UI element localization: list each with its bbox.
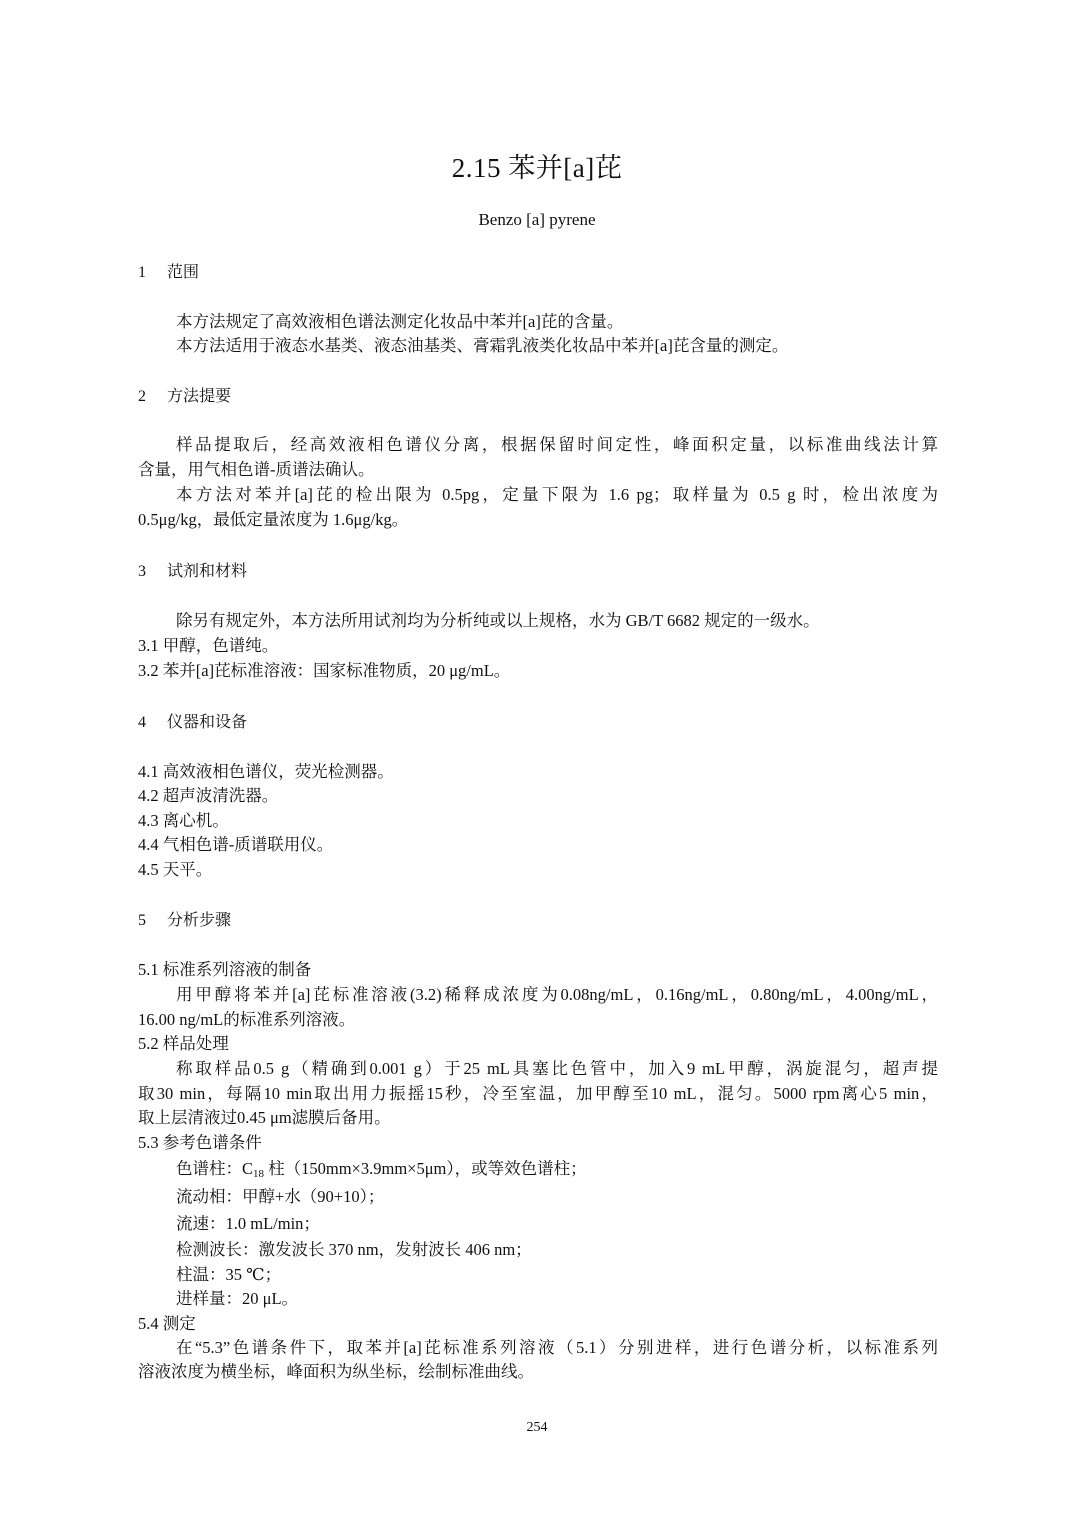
subsection-title: 5.4 测定 bbox=[138, 1313, 938, 1335]
list-item: 4.5 天平。 bbox=[138, 859, 938, 881]
subsection-title: 5.2 样品处理 bbox=[138, 1033, 938, 1055]
list-item: 4.2 超声波清洗器。 bbox=[138, 785, 938, 807]
subsection-title: 5.1 标准系列溶液的制备 bbox=[138, 959, 938, 981]
section-number: 1 bbox=[138, 262, 167, 284]
page-title: 2.15 苯并[a]芘 bbox=[0, 146, 1074, 185]
section-title: 方法提要 bbox=[167, 386, 231, 405]
section-heading-1: 1范围 bbox=[138, 261, 938, 284]
paragraph: 取上层清液过0.45 μm滤膜后备用。 bbox=[138, 1107, 938, 1129]
list-item: 3.2 苯并[a]芘标准溶液：国家标准物质，20 μg/mL。 bbox=[138, 660, 938, 682]
document-page: 2.15 苯并[a]芘 Benzo [a] pyrene 1范围 本方法规定了高… bbox=[0, 0, 1074, 1520]
section-title: 分析步骤 bbox=[167, 910, 231, 929]
section-heading-2: 2方法提要 bbox=[138, 385, 938, 408]
page-number: 254 bbox=[0, 1420, 1074, 1436]
condition-wavelength: 检测波长：激发波长 370 nm，发射波长 406 nm； bbox=[176, 1239, 976, 1261]
section-heading-3: 3试剂和材料 bbox=[138, 560, 938, 583]
subsection-title: 5.3 参考色谱条件 bbox=[138, 1132, 938, 1154]
section-heading-5: 5分析步骤 bbox=[138, 909, 938, 932]
paragraph: 用甲醇将苯并[a]芘标准溶液(3.2)稀释成浓度为0.08ng/mL，0.16n… bbox=[176, 984, 938, 1006]
condition-injection: 进样量：20 μL。 bbox=[176, 1288, 976, 1310]
paragraph: 0.5μg/kg，最低定量浓度为 1.6μg/kg。 bbox=[138, 509, 938, 531]
paragraph: 取30 min，每隔10 min取出用力振摇15秒，冷至室温，加甲醇至10 mL… bbox=[138, 1083, 938, 1105]
section-title: 范围 bbox=[167, 262, 199, 281]
section-number: 4 bbox=[138, 712, 167, 734]
condition-flow-rate: 流速：1.0 mL/min； bbox=[176, 1213, 976, 1235]
paragraph: 除另有规定外，本方法所用试剂均为分析纯或以上规格，水为 GB/T 6682 规定… bbox=[176, 610, 976, 632]
list-item: 4.3 离心机。 bbox=[138, 810, 938, 832]
page-subtitle: Benzo [a] pyrene bbox=[0, 210, 1074, 230]
section-heading-4: 4仪器和设备 bbox=[138, 711, 938, 734]
section-number: 3 bbox=[138, 561, 167, 583]
section-number: 5 bbox=[138, 910, 167, 932]
condition-text: 柱（150mm×3.9mm×5μm），或等效色谱柱； bbox=[264, 1159, 587, 1178]
paragraph: 本方法规定了高效液相色谱法测定化妆品中苯并[a]芘的含量。 bbox=[176, 311, 976, 333]
paragraph: 称取样品0.5 g（精确到0.001 g）于25 mL具塞比色管中，加入9 mL… bbox=[176, 1058, 938, 1080]
paragraph: 16.00 ng/mL的标准系列溶液。 bbox=[138, 1009, 938, 1031]
section-number: 2 bbox=[138, 386, 167, 408]
section-title: 仪器和设备 bbox=[167, 712, 247, 731]
condition-column: 色谱柱：C18 柱（150mm×3.9mm×5μm），或等效色谱柱； bbox=[176, 1158, 976, 1185]
section-title: 试剂和材料 bbox=[167, 561, 247, 580]
paragraph: 本方法适用于液态水基类、液态油基类、膏霜乳液类化妆品中苯并[a]芘含量的测定。 bbox=[176, 335, 976, 357]
paragraph: 溶液浓度为横坐标，峰面积为纵坐标，绘制标准曲线。 bbox=[138, 1361, 938, 1383]
condition-mobile-phase: 流动相：甲醇+水（90+10）； bbox=[176, 1186, 976, 1208]
condition-temperature: 柱温：35 ℃； bbox=[176, 1264, 976, 1286]
list-item: 3.1 甲醇，色谱纯。 bbox=[138, 635, 938, 657]
condition-text: 色谱柱：C bbox=[176, 1159, 253, 1178]
paragraph: 本方法对苯并[a]芘的检出限为 0.5pg，定量下限为 1.6 pg；取样量为 … bbox=[176, 484, 938, 506]
subscript: 18 bbox=[253, 1168, 264, 1180]
paragraph: 样品提取后，经高效液相色谱仪分离，根据保留时间定性，峰面积定量，以标准曲线法计算 bbox=[176, 434, 938, 456]
paragraph: 在“5.3”色谱条件下，取苯并[a]芘标准系列溶液（5.1）分别进样，进行色谱分… bbox=[176, 1337, 938, 1359]
list-item: 4.1 高效液相色谱仪，荧光检测器。 bbox=[138, 761, 938, 783]
paragraph: 含量，用气相色谱-质谱法确认。 bbox=[138, 459, 938, 481]
list-item: 4.4 气相色谱-质谱联用仪。 bbox=[138, 834, 938, 856]
